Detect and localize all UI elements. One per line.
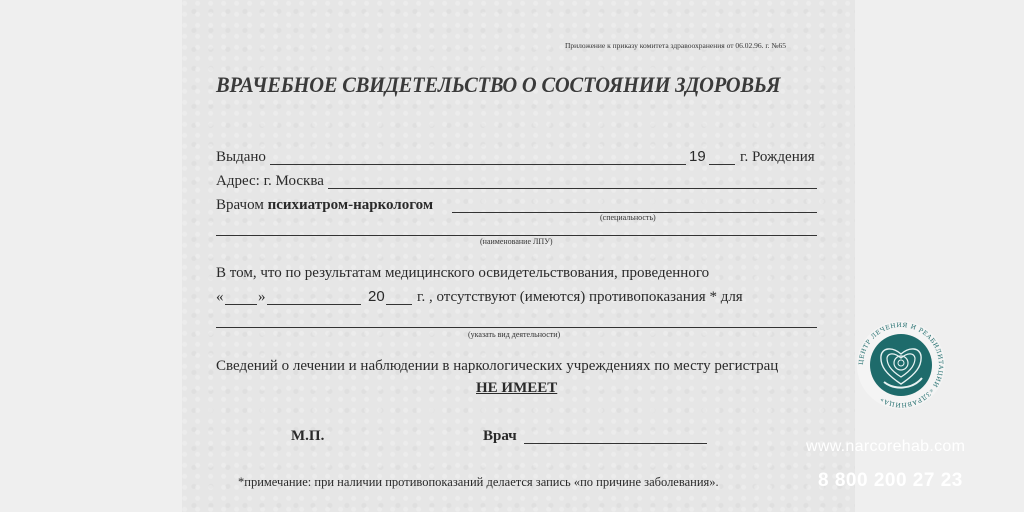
activity-caption: (указать вид деятельности) [468, 330, 560, 339]
address-field[interactable] [328, 188, 817, 189]
address-label: Адрес: г. Москва [216, 173, 324, 190]
birth-year-field[interactable] [709, 164, 735, 165]
activity-field[interactable] [216, 327, 817, 328]
birth-label: г. Рождения [740, 149, 815, 166]
institution-field[interactable] [216, 235, 817, 236]
footnote: *примечание: при наличии противопоказани… [238, 475, 719, 490]
clinic-logo: ЦЕНТР ЛЕЧЕНИЯ И РЕАБИЛИТАЦИИ «ЗДРАВНИЦА» [856, 320, 946, 410]
date-close-quote: » [258, 289, 266, 306]
website-link[interactable]: www.narcorehab.com [806, 438, 965, 456]
issued-field[interactable] [270, 164, 686, 165]
doctor-label: Врачом психиатром-наркологом [216, 197, 433, 214]
specialty-caption: (специальность) [600, 213, 656, 222]
institution-caption: (наименование ЛПУ) [480, 237, 553, 246]
doctor-specialty: психиатром-наркологом [268, 197, 434, 213]
contraindications-text: г. , отсутствуют (имеются) противопоказа… [417, 289, 743, 306]
doctor-sign-label: Врач [483, 428, 517, 445]
doctor-label-text: Врачом [216, 197, 264, 213]
year-prefix: 20 [368, 288, 385, 305]
not-have-statement: НЕ ИМЕЕТ [476, 380, 557, 397]
appendix-note: Приложение к приказу комитета здравоохра… [565, 41, 786, 50]
records-sentence: Сведений о лечении и наблюдении в наркол… [216, 358, 778, 375]
birth-year-prefix: 19 [689, 148, 706, 165]
day-field[interactable] [225, 304, 257, 305]
heart-fingerprint-icon: ЦЕНТР ЛЕЧЕНИЯ И РЕАБИЛИТАЦИИ «ЗДРАВНИЦА» [856, 320, 946, 410]
phone-number[interactable]: 8 800 200 27 23 [818, 470, 963, 492]
stamp-label: М.П. [291, 428, 324, 445]
exam-sentence: В том, что по результатам медицинского о… [216, 265, 709, 282]
date-open-quote: « [216, 289, 224, 306]
doctor-signature-field[interactable] [524, 443, 707, 444]
issued-label: Выдано [216, 149, 266, 166]
year-field[interactable] [386, 304, 412, 305]
document-title: ВРАЧЕБНОЕ СВИДЕТЕЛЬСТВО О СОСТОЯНИИ ЗДОР… [216, 72, 780, 98]
month-field[interactable] [267, 304, 361, 305]
